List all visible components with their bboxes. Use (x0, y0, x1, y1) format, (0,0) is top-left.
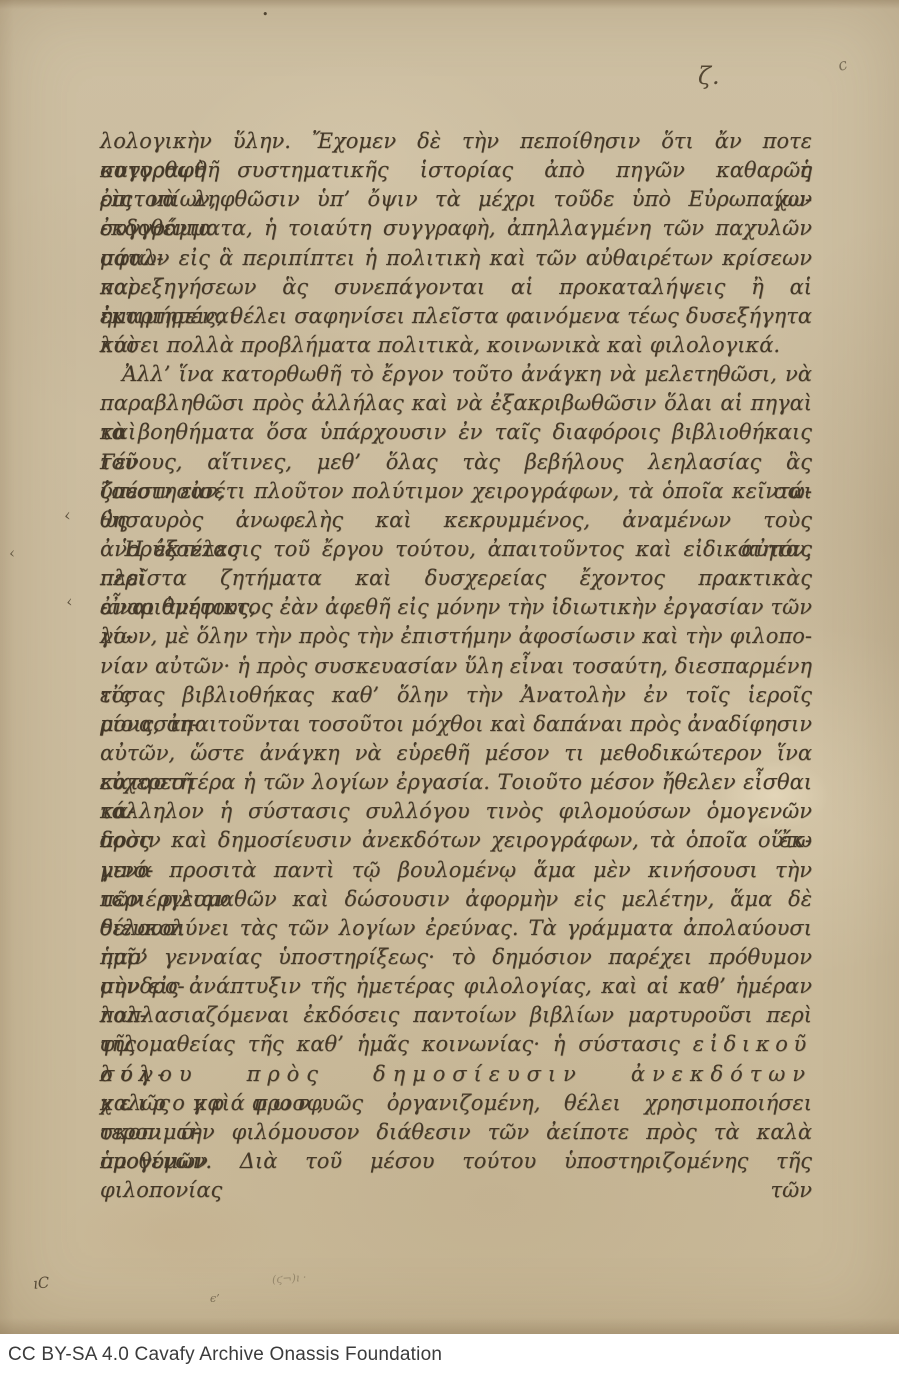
text-line: λόγου πρὸς δημοσίευσιν ἀνεκδότων χειρογρ… (100, 1060, 812, 1089)
stray-mark: ıC (32, 1273, 50, 1293)
text-line: μὴν εἰς ἀνάπτυξιν τῆς ἡμετέρας φιλολογία… (100, 972, 812, 1001)
paper-background: ζ. λολογικὴν ὕλην. Ἔχομεν δὲ τὴν πεποίθη… (0, 0, 899, 1334)
text-line: μενα προσιτὰ παντὶ τῷ βουλομένῳ ἅμα μὲν … (100, 856, 812, 885)
license-text: CC BY-SA 4.0 Cavafy Archive Onassis Foun… (0, 1344, 442, 1366)
page-number: ζ. (698, 62, 758, 90)
text-line: Γένους, αἵτινες, μεθ’ ὅλας τὰς βεβήλους … (100, 448, 812, 477)
text-line: διευκολύνει τὰς τῶν λογίων ἐρεύνας. Τὰ γ… (100, 914, 812, 943)
text-line: ἡμῖν γενναίας ὑποστηρίξεως· τὸ δημόσιον … (100, 943, 812, 972)
text-line: εἶναι ἀνέφικτος ἐὰν ἀφεθῆ εἰς μόνην τὴν … (100, 593, 812, 622)
text-line: συγγράμματα, ἡ τοιαύτη συγγραφὴ, ἀπηλλαγ… (100, 214, 812, 243)
stray-mark: ‹ (7, 544, 16, 563)
license-footer-bar: CC BY-SA 4.0 Cavafy Archive Onassis Foun… (0, 1334, 899, 1376)
text-line: ἐκτιμήσεις, θέλει σαφηνίσει πλεῖστα φαιν… (100, 302, 812, 331)
stray-mark: (ϛ¬)ı · (272, 1271, 307, 1286)
text-line: ρίοις, ἀπαιτοῦνται τοσοῦτοι μόχθοι καὶ δ… (100, 710, 812, 739)
text-line: τερον τὴν φιλόμουσον διάθεσιν τῶν ἀείποτ… (100, 1118, 812, 1147)
stray-mark: ϲ (836, 54, 850, 75)
text-line: λαπλασιαζόμεναι ἐκδόσεις παντοίων βιβλίω… (100, 1001, 812, 1030)
text-line: ζουσιν εἰσέτι πλοῦτον πολύτιμον χειρογρά… (100, 477, 812, 506)
text-line: φιλομαθείας τῆς καθ’ ἡμᾶς κοινωνίας· ἡ σ… (100, 1030, 812, 1059)
text-line: τόσας βιβλιοθήκας καθ’ ὅλην τὴν Ἀνατολὴν… (100, 681, 812, 710)
text-line: παραβληθῶσι πρὸς ἀλλήλας καὶ νὰ ἐξακριβω… (100, 389, 812, 418)
stray-mark: ‹ (64, 592, 74, 612)
text-line: ρὶς νὰ ληφθῶσιν ὑπ’ ὄψιν τὰ μέχρι τοῦδε … (100, 185, 812, 214)
text-line: τῶν φιλομαθῶν καὶ δώσουσιν ἀφορμὴν εἰς μ… (100, 885, 812, 914)
text-line: θησαυρὸς ἀνωφελὴς καὶ κεκρυμμένος, ἀναμέ… (100, 506, 812, 535)
text-line: Ἀλλ’ ἵνα κατορθωθῆ τὸ ἔργον τοῦτο ἀνάγκη… (100, 360, 812, 389)
stray-mark: • (262, 8, 269, 21)
text-line: λολογικὴν ὕλην. Ἔχομεν δὲ τὴν πεποίθησιν… (100, 127, 812, 156)
scanned-book-page: ζ. λολογικὴν ὕλην. Ἔχομεν δὲ τὴν πεποίθη… (0, 0, 899, 1376)
text-line: παρεξηγήσεων ἃς συνεπάγονται αἱ προκαταλ… (100, 273, 812, 302)
text-line: πλεῖστα ζητήματα καὶ δυσχερείας ἔχοντος … (100, 564, 812, 593)
text-line: νίαν αὐτῶν· ἡ πρὸς συσκευασίαν ὕλη εἶναι… (100, 652, 812, 681)
text-line: μάτων εἰς ἃ περιπίπτει ἡ πολιτικὴ καὶ τῶ… (100, 244, 812, 273)
text-line: τάλληλον ἡ σύστασις συλλόγου τινὸς φιλομ… (100, 797, 812, 826)
text-line: ὁμογενῶν. Διὰ τοῦ μέσου τούτου ὑποστηριζ… (100, 1147, 812, 1176)
text-line: συγγραφὴ συστηματικῆς ἱστορίας ἀπὸ πηγῶν… (100, 156, 812, 185)
body-text-block: λολογικὴν ὕλην. Ἔχομεν δὲ τὴν πεποίθησιν… (100, 127, 812, 1176)
text-line: δοσιν καὶ δημοσίευσιν ἀνεκδότων χειρογρά… (100, 826, 812, 855)
text-line: καλῶς καὶ προσφυῶς ὀργανιζομένη, θέλει χ… (100, 1089, 812, 1118)
text-line: αὐτῶν, ὥστε ἀνάγκη νὰ εὑρεθῆ μέσον τι με… (100, 739, 812, 768)
text-line: εὐχερεστέρα ἡ τῶν λογίων ἐργασία. Τοιοῦτ… (100, 768, 812, 797)
text-line: λύσει πολλὰ προβλήματα πολιτικὰ, κοινωνι… (100, 331, 812, 360)
text-line: γίων, μὲ ὅλην τὴν πρὸς τὴν ἐπιστήμην ἀφο… (100, 622, 812, 651)
text-line: Ἡ ἐκτέλεσις τοῦ ἔργου τούτου, ἀπαιτοῦντο… (100, 535, 812, 564)
stray-mark: ‹ (62, 506, 73, 527)
text-line: τὰ βοηθήματα ὅσα ὑπάρχουσιν ἐν ταῖς διαφ… (100, 418, 812, 447)
stray-mark: ϵ’ (210, 1292, 220, 1305)
